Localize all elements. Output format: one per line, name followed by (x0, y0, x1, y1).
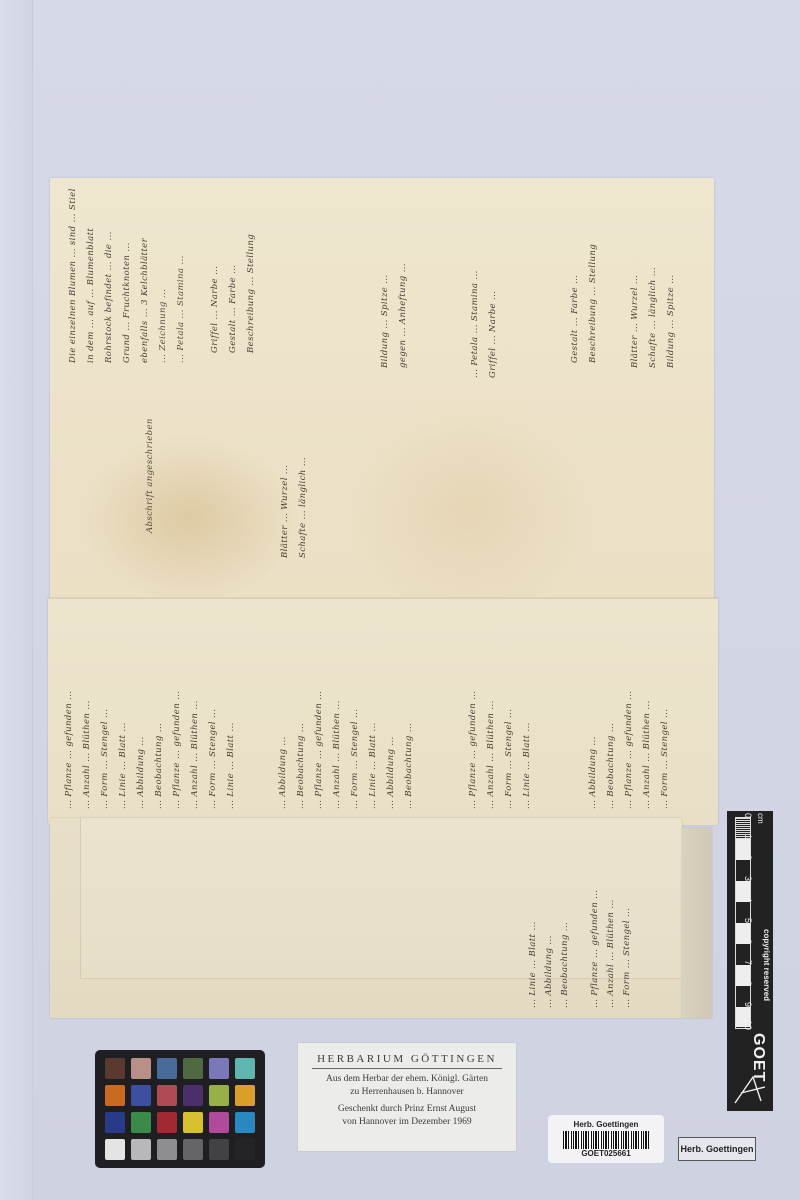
ruler-tick-label: 3 (743, 876, 753, 881)
color-swatch (105, 1085, 125, 1106)
color-swatch (105, 1112, 125, 1133)
barcode-icon (563, 1131, 649, 1149)
ruler-tick-label: 4 (743, 897, 753, 902)
handwriting-line: ... Petala ... Stamina ... (470, 270, 480, 378)
handwriting-line: ... Linie ... Blatt ... (522, 722, 532, 809)
handwriting-line: ... Anzahl ... Blüthen ... (82, 700, 92, 809)
handwriting-line: ... Pflanze ... gefunden ... (590, 890, 600, 1008)
ruler-tick-label: 7 (743, 960, 753, 965)
color-swatch (131, 1139, 151, 1160)
color-swatch (131, 1112, 151, 1133)
color-swatch (209, 1058, 229, 1079)
handwriting-line: Die einzelnen Blumen ... sind ... Stiel (68, 188, 78, 363)
barcode-label: Herb. Goettingen GOET025661 (548, 1115, 664, 1163)
signature-logo-icon (731, 1073, 767, 1107)
catalog-number: GOET025661 (548, 1149, 664, 1158)
handwriting-line: ... Abbildung ... (386, 736, 396, 809)
donation-line-1: Geschenkt durch Prinz Ernst August (298, 1103, 516, 1116)
handwriting-line: ... Abbildung ... (136, 736, 146, 809)
handwriting-line: ... Pflanze ... gefunden ... (468, 691, 478, 809)
ruler-tick-label: 9 (743, 1002, 753, 1007)
handwriting-line: ... Form ... Stengel ... (100, 709, 110, 809)
handwriting-line: ... Beobachtung ... (154, 723, 164, 809)
color-swatch (157, 1058, 177, 1079)
ruler-tick-label: 6 (743, 939, 753, 944)
color-swatch (209, 1112, 229, 1133)
barcode-header: Herb. Goettingen (548, 1120, 664, 1129)
scale-ruler: cm 0 1 2 3 4 5 6 7 8 9 10 copyright rese… (727, 811, 773, 1111)
color-swatch (131, 1058, 151, 1079)
manuscript-middle-panel: ... Pflanze ... gefunden ... ... Anzahl … (48, 598, 718, 825)
provenance-line-1: Aus dem Herbar der ehem. Königl. Gärten (298, 1073, 516, 1086)
backdrop-left-edge (0, 0, 33, 1200)
color-swatch (183, 1112, 203, 1133)
handwriting-line: ebenfalls ... 3 Kelchblätter (140, 238, 150, 363)
handwriting-line: ... Beobachtung ... (404, 723, 414, 809)
handwriting-line: Beschreibung ... Stellung (246, 234, 256, 353)
color-swatch (131, 1085, 151, 1106)
color-swatch (105, 1139, 125, 1160)
color-swatch (235, 1139, 255, 1160)
handwriting-line: Griffel ... Narbe ... (488, 291, 498, 378)
handwriting-line: ... Anzahl ... Blüthen ... (486, 700, 496, 809)
institution-label: HERBARIUM GÖTTINGEN Aus dem Herbar der e… (298, 1043, 516, 1151)
ruler-tick-label: 2 (743, 855, 753, 860)
ruler-tick-label: 0 (743, 813, 753, 818)
manuscript-sheet: Die einzelnen Blumen ... sind ... Stiel … (48, 178, 716, 1018)
handwriting-line: ... Anzahl ... Blüthen ... (606, 899, 616, 1008)
handwriting-line: Schafte ... länglich ... (298, 457, 308, 558)
handwriting-line: ... Linie ... Blatt ... (528, 921, 538, 1008)
handwriting-line: Bildung ... Spitze ... (666, 274, 676, 368)
handwriting-line: ... Abbildung ... (544, 935, 554, 1008)
paper-edge-tab (682, 828, 712, 1018)
handwriting-line: ... Pflanze ... gefunden ... (314, 691, 324, 809)
color-swatch (209, 1085, 229, 1106)
handwriting-line: gegen ... Anheftung ... (398, 263, 408, 368)
manuscript-bottom-panel: ... Linie ... Blatt ... ... Abbildung ..… (50, 818, 682, 1018)
handwriting-line: ... Pflanze ... gefunden ... (624, 691, 634, 809)
handwriting-line: ... Beobachtung ... (606, 723, 616, 809)
handwriting-line: ... Petala ... Stamina ... (176, 255, 186, 363)
ruler-tick-label: 5 (743, 918, 753, 923)
handwriting-line: ... Abbildung ... (588, 736, 598, 809)
ruler-tick-label: 1 (743, 834, 753, 839)
handwriting-line: Griffel ... Narbe ... (210, 266, 220, 353)
handwriting-line: Beschreibung ... Stellung (588, 244, 598, 363)
handwriting-line: ... Form ... Stengel ... (622, 908, 632, 1008)
color-swatch (105, 1058, 125, 1079)
handwriting-line: in dem ... auf ... Blumenblatt (86, 228, 96, 363)
handwriting-line: ... Linie ... Blatt ... (118, 722, 128, 809)
handwriting-line: ... Abbildung ... (278, 736, 288, 809)
ruler-tick-label: 10 (743, 1020, 753, 1030)
manuscript-top-panel: Die einzelnen Blumen ... sind ... Stiel … (50, 178, 714, 600)
color-swatch (157, 1085, 177, 1106)
handwriting-line: ... Form ... Stengel ... (350, 709, 360, 809)
donation-line-2: von Hannover im Dezember 1969 (298, 1116, 516, 1129)
handwriting-line: ... Linie ... Blatt ... (368, 722, 378, 809)
color-swatch (235, 1112, 255, 1133)
handwriting-line: Schafte ... länglich ... (648, 267, 658, 368)
provenance-line-2: zu Herrenhausen b. Hannover (298, 1086, 516, 1099)
handwriting-line: Blätter ... Wurzel ... (630, 275, 640, 368)
handwriting-line: ... Linie ... Blatt ... (226, 722, 236, 809)
handwriting-line: Gestalt ... Farbe ... (570, 275, 580, 363)
color-swatch (157, 1139, 177, 1160)
ruler-unit-label: cm (756, 813, 765, 824)
handwriting-line: Gestalt ... Farbe ... (228, 265, 238, 353)
handwriting-line: ... Beobachtung ... (560, 922, 570, 1008)
color-swatch (183, 1058, 203, 1079)
handwriting-line: ... Form ... Stengel ... (504, 709, 514, 809)
handwriting-line: ... Pflanze ... gefunden ... (172, 691, 182, 809)
handwriting-line: ... Anzahl ... Blüthen ... (190, 700, 200, 809)
margin-note: Abschrift angeschrieben (145, 418, 155, 533)
handwriting-line: ... Zeichnung ... (158, 289, 168, 363)
handwriting-line: Blätter ... Wurzel ... (280, 465, 290, 558)
color-swatch (157, 1112, 177, 1133)
color-swatch (183, 1139, 203, 1160)
copyright-notice: copyright reserved (762, 929, 771, 1001)
handwriting-line: ... Pflanze ... gefunden ... (64, 691, 74, 809)
handwriting-line: Bildung ... Spitze ... (380, 274, 390, 368)
handwriting-line: ... Anzahl ... Blüthen ... (642, 700, 652, 809)
handwriting-line: ... Beobachtung ... (296, 723, 306, 809)
herbarium-stamp: Herb. Goettingen (678, 1137, 756, 1161)
color-swatch (235, 1085, 255, 1106)
ruler-tick-label: 8 (743, 981, 753, 986)
handwriting-line: Grund ... Fruchtknoten ... (122, 242, 132, 363)
institution-title: HERBARIUM GÖTTINGEN (312, 1053, 502, 1069)
color-swatch (235, 1058, 255, 1079)
handwriting-line: ... Form ... Stengel ... (208, 709, 218, 809)
color-swatch (183, 1085, 203, 1106)
handwriting-line: ... Form ... Stengel ... (660, 709, 670, 809)
handwriting-line: Rohrstock befindet ... die ... (104, 231, 114, 363)
color-swatch (209, 1139, 229, 1160)
handwriting-line: ... Anzahl ... Blüthen ... (332, 700, 342, 809)
color-checker-card (95, 1050, 265, 1168)
